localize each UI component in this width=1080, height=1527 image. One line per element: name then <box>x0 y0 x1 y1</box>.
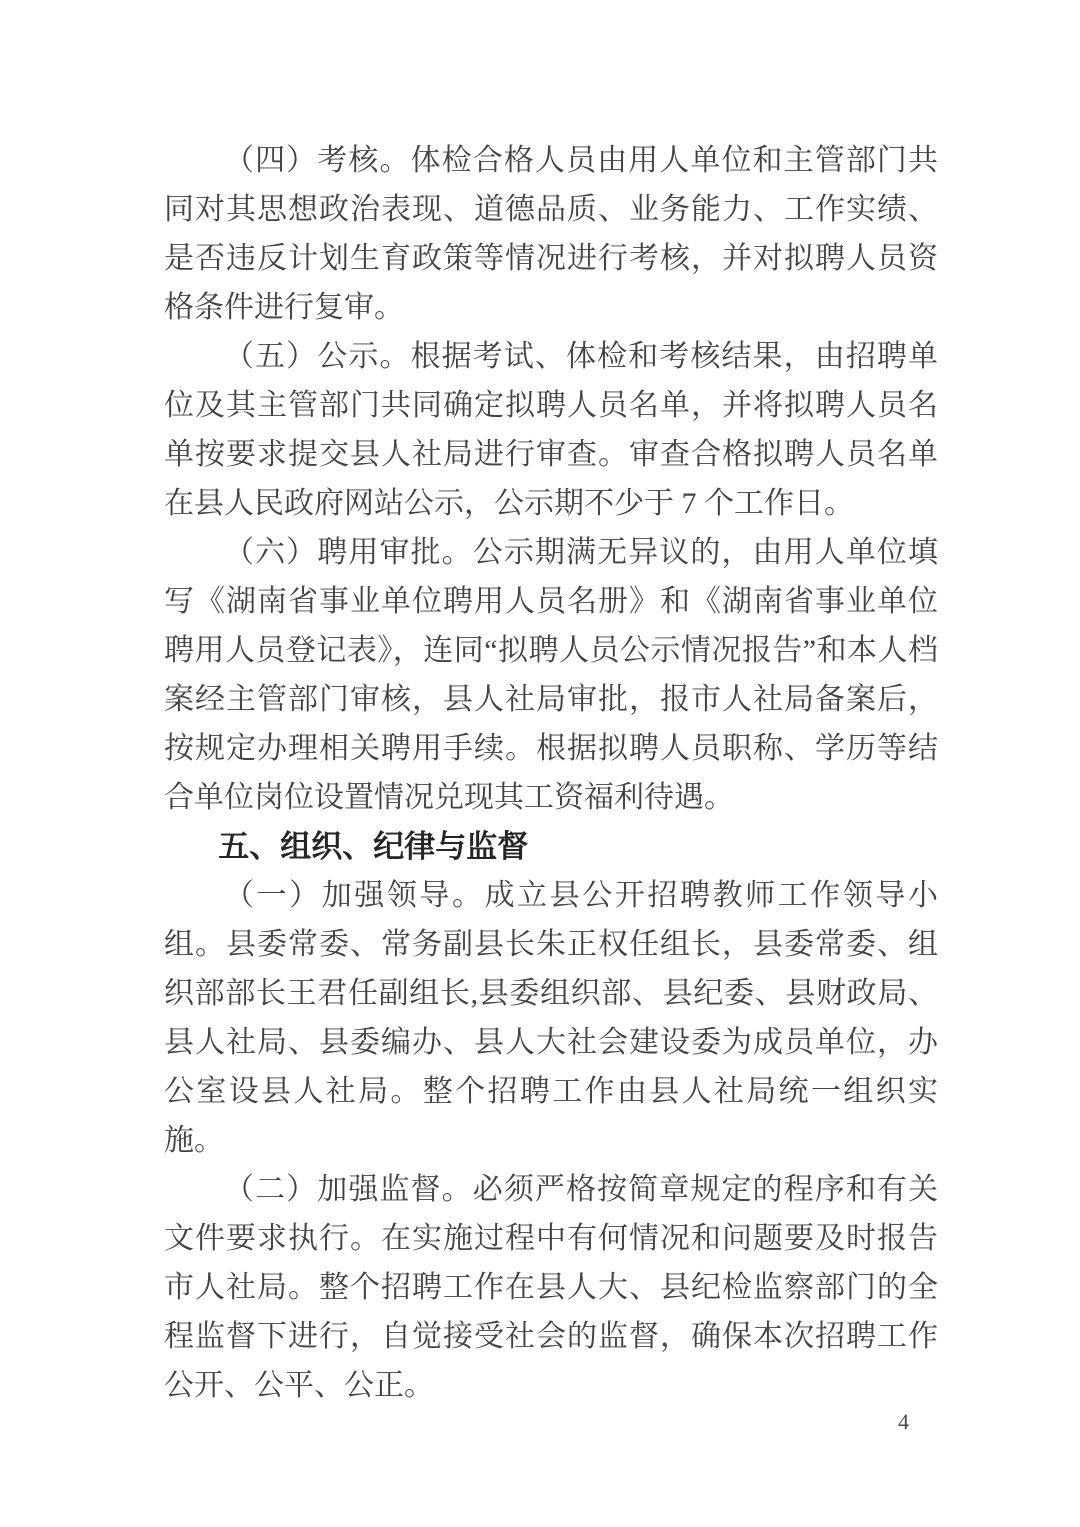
paragraph-strengthen-leadership: （一）加强领导。成立县公开招聘教师工作领导小组。县委常委、常务副县长朱正权任组长… <box>164 871 938 1165</box>
paragraph-strengthen-supervision: （二）加强监督。必须严格按简章规定的程序和有关文件要求执行。在实施过程中有何情况… <box>164 1165 938 1410</box>
paragraph-hiring-approval: （六）聘用审批。公示期满无异议的，由用人单位填写《湖南省事业单位聘用人员名册》和… <box>164 528 938 822</box>
paragraph-assessment: （四）考核。体检合格人员由用人单位和主管部门共同对其思想政治表现、道德品质、业务… <box>164 136 938 332</box>
document-page: （四）考核。体检合格人员由用人单位和主管部门共同对其思想政治表现、道德品质、业务… <box>0 0 1080 1527</box>
page-number: 4 <box>898 1408 909 1436</box>
section-heading-organization-discipline-supervision: 五、组织、纪律与监督 <box>164 822 938 871</box>
paragraph-public-notice: （五）公示。根据考试、体检和考核结果，由招聘单位及其主管部门共同确定拟聘人员名单… <box>164 332 938 528</box>
document-body: （四）考核。体检合格人员由用人单位和主管部门共同对其思想政治表现、道德品质、业务… <box>164 136 938 1410</box>
